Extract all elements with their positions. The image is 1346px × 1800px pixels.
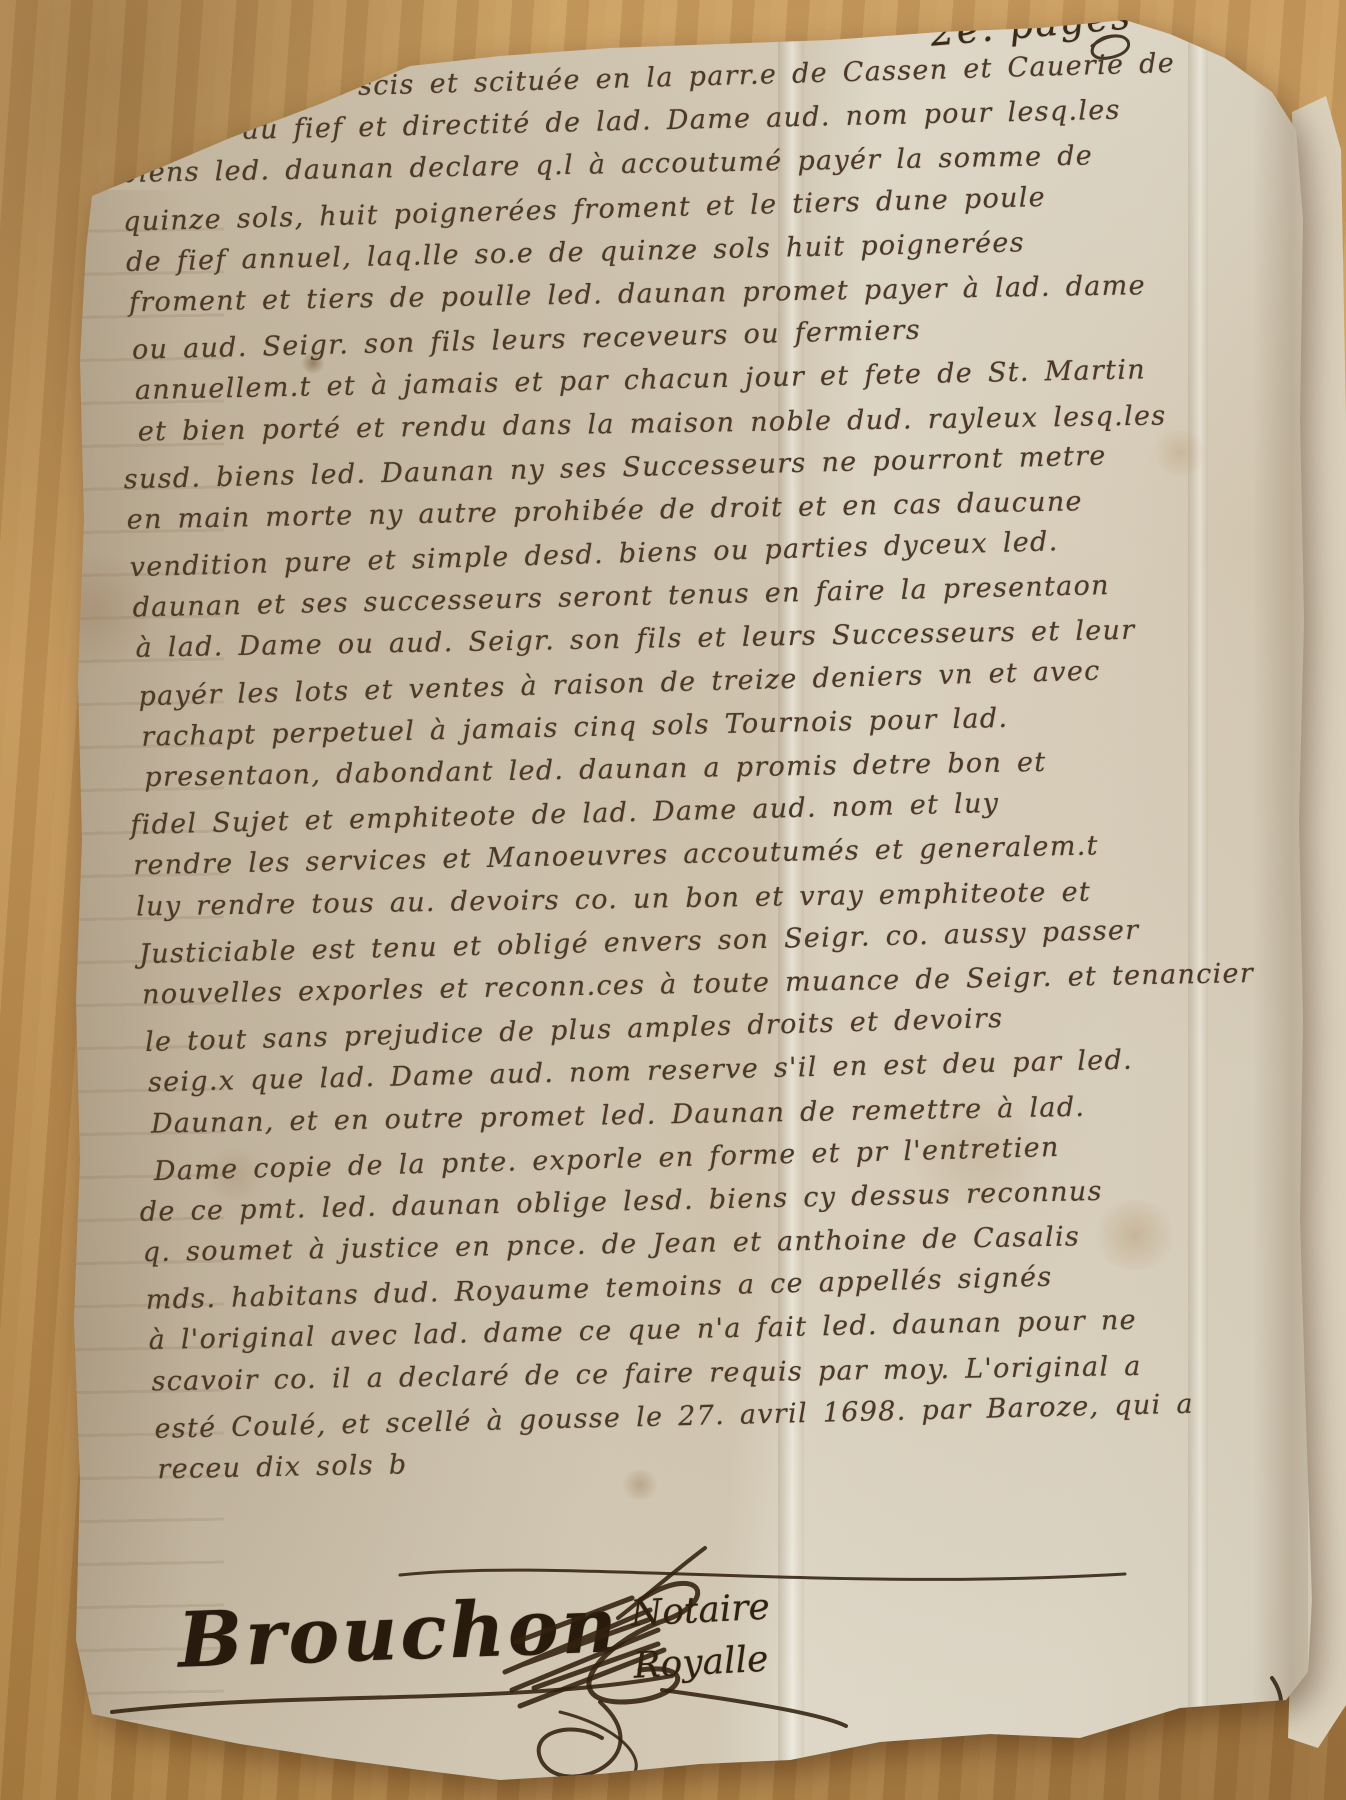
manuscript-lines: confront.es scis et scituée en la parr.e…: [122, 51, 1213, 1499]
notary-title: Notaire Royalle: [629, 1575, 894, 1692]
photo-of-manuscript: { "photo": { "description": "Photograph …: [0, 0, 1346, 1800]
rolled-right-edge-shadow: [1252, 30, 1308, 1710]
notary-signature-name: Brouchon: [177, 1580, 622, 1684]
page-number-annotation: 2e. pages: [928, 0, 1133, 55]
pen-stroke: [400, 1570, 1125, 1579]
paper-wrapper: 2e. pages confront.es scis et scituée en…: [0, 0, 1346, 1800]
manuscript-paper-sheet: 2e. pages confront.es scis et scituée en…: [0, 0, 1346, 1800]
flourish-loop: [539, 1702, 621, 1777]
pen-stroke: [662, 1690, 846, 1726]
flourish-loop: [560, 1712, 636, 1788]
